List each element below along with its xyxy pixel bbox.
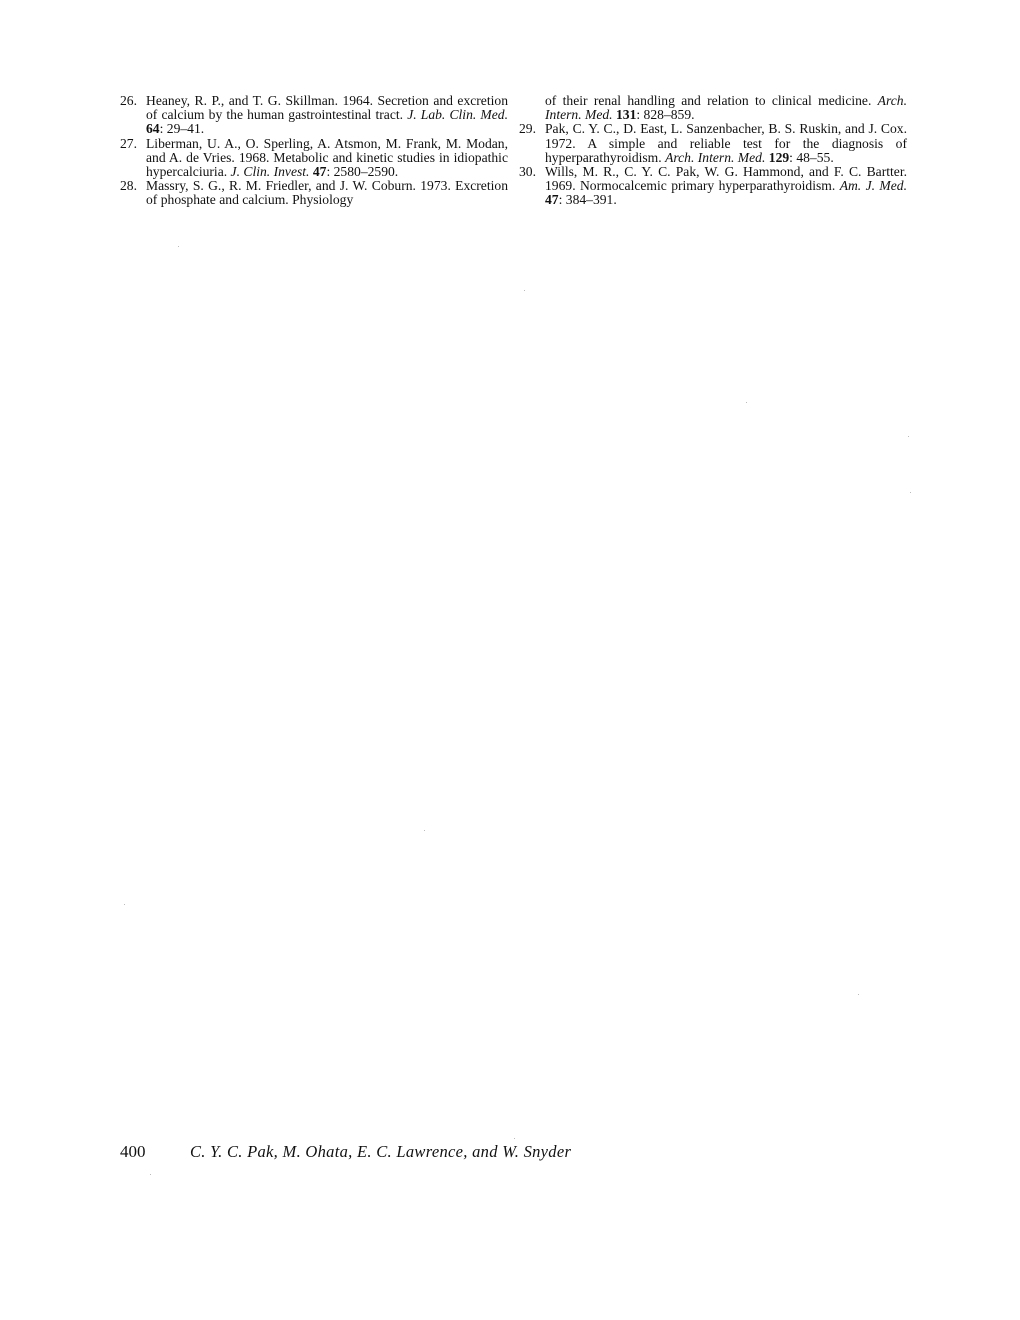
reference-body: Wills, M. R., C. Y. C. Pak, W. G. Hammon… (545, 165, 907, 208)
reference-body: Liberman, U. A., O. Sperling, A. Atsmon,… (146, 137, 508, 180)
references-right-column: of their renal handling and relation to … (519, 94, 907, 208)
reference-body: Heaney, R. P., and T. G. Skillman. 1964.… (146, 94, 508, 137)
page-number: 400 (120, 1142, 190, 1162)
reference-journal: Arch. Intern. Med. (665, 150, 765, 165)
reference-journal: J. Lab. Clin. Med. (407, 107, 508, 122)
scan-speck (746, 402, 747, 403)
reference-authors: Massry, S. G., R. M. Friedler, and J. W.… (146, 178, 508, 207)
scan-speck (858, 994, 859, 995)
reference-28-continuation: of their renal handling and relation to … (519, 94, 907, 122)
page-footer: 400 C. Y. C. Pak, M. Ohata, E. C. Lawren… (120, 1142, 571, 1162)
reference-volume: 47 (313, 164, 327, 179)
reference-pages: : 384–391. (559, 192, 617, 207)
scan-speck (524, 290, 525, 291)
scan-speck (178, 246, 179, 247)
scan-speck (514, 1138, 515, 1139)
reference-volume: 64 (146, 121, 160, 136)
reference-pages: : 828–859. (636, 107, 694, 122)
reference-pages: : 48–55. (789, 150, 834, 165)
reference-volume: 131 (616, 107, 636, 122)
scan-speck (124, 904, 125, 905)
reference-journal: Am. J. Med. (840, 178, 907, 193)
running-authors: C. Y. C. Pak, M. Ohata, E. C. Lawrence, … (190, 1142, 571, 1162)
reference-pages: : 29–41. (160, 121, 205, 136)
reference-volume: 129 (769, 150, 789, 165)
reference-number: 29. (519, 122, 545, 165)
reference-continuation-text: of their renal handling and relation to … (545, 93, 871, 108)
reference-pages: : 2580–2590. (326, 164, 398, 179)
reference-30: 30. Wills, M. R., C. Y. C. Pak, W. G. Ha… (519, 165, 907, 208)
scan-speck (908, 436, 909, 437)
scan-speck (424, 830, 425, 831)
reference-number: 26. (120, 94, 146, 137)
reference-28: 28. Massry, S. G., R. M. Friedler, and J… (120, 179, 508, 207)
scan-speck (150, 1174, 151, 1175)
reference-volume: 47 (545, 192, 559, 207)
reference-journal: J. Clin. Invest. (231, 164, 310, 179)
references-left-column: 26. Heaney, R. P., and T. G. Skillman. 1… (120, 94, 508, 208)
reference-29: 29. Pak, C. Y. C., D. East, L. Sanzenbac… (519, 122, 907, 165)
reference-27: 27. Liberman, U. A., O. Sperling, A. Ats… (120, 137, 508, 180)
reference-number: 28. (120, 179, 146, 207)
reference-number: 30. (519, 165, 545, 208)
reference-26: 26. Heaney, R. P., and T. G. Skillman. 1… (120, 94, 508, 137)
reference-body: Pak, C. Y. C., D. East, L. Sanzenbacher,… (545, 122, 907, 165)
scan-speck (910, 492, 911, 493)
reference-number: 27. (120, 137, 146, 180)
reference-body: Massry, S. G., R. M. Friedler, and J. W.… (146, 179, 508, 207)
